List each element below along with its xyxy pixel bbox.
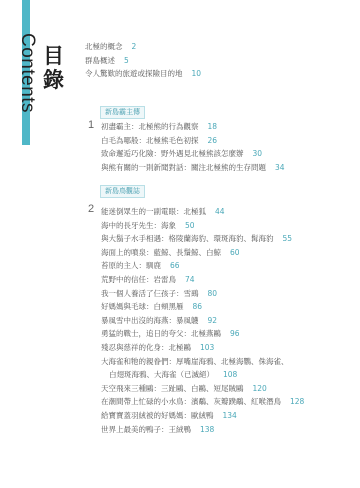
entry-title: 暴風雪中出沒的海燕：暴風鸌 bbox=[101, 316, 199, 325]
entry-title: 天空飛來三種鷗：三趾鷗、白鷗、短尾賊鷗 bbox=[101, 384, 244, 393]
entry-page: 34 bbox=[275, 163, 285, 172]
entry-title: 海面上的噴泉：藍鯨、長鬚鯨、白鯨 bbox=[101, 248, 221, 257]
toc-entry[interactable]: 與大鬍子水手相遇：格陵蘭海豹、環斑海豹、髯海豹55 bbox=[101, 232, 304, 246]
chapter-tag: 新島霸主傳 bbox=[100, 106, 145, 119]
entry-title: 給寶寶蓋羽絨被的好媽媽：歐絨鴨 bbox=[101, 411, 214, 420]
entry-page: 120 bbox=[253, 384, 267, 393]
toc-entry[interactable]: 好媽媽與毛球：白頰黑雁86 bbox=[101, 300, 304, 314]
entry-page: 74 bbox=[185, 275, 195, 284]
toc-entry[interactable]: 白毛為哪般：北極熊毛色初探26 bbox=[101, 134, 285, 148]
toc-entry[interactable]: 我一個人養活了仨孩子：雪鵐80 bbox=[101, 287, 304, 301]
title-chinese: 目 錄 bbox=[43, 44, 65, 92]
toc-entry[interactable]: 暴風雪中出沒的海燕：暴風鸌92 bbox=[101, 314, 304, 328]
entry-page: 5 bbox=[124, 56, 129, 65]
chapter-number: 2 bbox=[88, 203, 94, 215]
entry-title: 初盡霸主：北極熊的行為觀察 bbox=[101, 122, 199, 131]
toc-entry[interactable]: 海中的長牙先生：海象50 bbox=[101, 219, 304, 233]
toc-entry[interactable]: 苔原的主人：馴鹿66 bbox=[101, 259, 304, 273]
entry-page: 80 bbox=[208, 289, 218, 298]
entry-title: 北極的概念 bbox=[85, 42, 123, 51]
entry-title: 與大鬍子水手相遇：格陵蘭海豹、環斑海豹、髯海豹 bbox=[101, 234, 274, 243]
entry-title: 在潮間帶上忙碌的小水鳥：濱鷸、灰瓣蹼鷸、紅喉潛鳥 bbox=[101, 397, 281, 406]
entry-page: 50 bbox=[185, 221, 195, 230]
entry-title: 令人驚歎的旅遊或探險目的地 bbox=[85, 69, 183, 78]
toc-entry[interactable]: 荒野中的信任：岩雷鳥74 bbox=[101, 273, 304, 287]
toc-entry[interactable]: 群島概述5 bbox=[85, 54, 201, 68]
entry-page: 134 bbox=[223, 411, 237, 420]
toc-entry[interactable]: 致命邂逅巧化險：野外遇見北極熊該怎麼辦30 bbox=[101, 147, 285, 161]
entry-page: 128 bbox=[290, 397, 304, 406]
entry-title: 致命邂逅巧化險：野外遇見北極熊該怎麼辦 bbox=[101, 149, 244, 158]
front-matter-list: 北極的概念2 群島概述5 令人驚歎的旅遊或探險目的地10 bbox=[85, 40, 201, 81]
toc-entry[interactable]: 勇猛的戰士，追日的夸父：北極燕鷗96 bbox=[101, 327, 304, 341]
entry-page: 55 bbox=[283, 234, 293, 243]
entry-page: 2 bbox=[132, 42, 137, 51]
toc-entry-continuation[interactable]: 白翅斑海鴉、大海雀（已滅絕）108 bbox=[101, 368, 304, 382]
entry-title: 白毛為哪般：北極熊毛色初探 bbox=[101, 136, 199, 145]
title-char: 目 bbox=[43, 44, 65, 68]
entry-page: 44 bbox=[215, 207, 225, 216]
toc-entry[interactable]: 大海雀和牠的親眷們：厚嘴崖海鴉、北極海鸚、侏海雀、 bbox=[101, 355, 304, 369]
entry-page: 26 bbox=[208, 136, 218, 145]
toc-entry[interactable]: 令人驚歎的旅遊或探險目的地10 bbox=[85, 67, 201, 81]
entry-title: 殘忍與慈祥的化身：北極鷗 bbox=[101, 343, 191, 352]
toc-entry[interactable]: 天空飛來三種鷗：三趾鷗、白鷗、短尾賊鷗120 bbox=[101, 382, 304, 396]
chapter-number: 1 bbox=[88, 119, 94, 131]
chapter-2-list: 能迷倒眾生的一副電眼：北極狐44 海中的長牙先生：海象50 與大鬍子水手相遇：格… bbox=[101, 205, 304, 436]
entry-page: 86 bbox=[193, 302, 203, 311]
entry-page: 108 bbox=[223, 370, 237, 379]
entry-page: 92 bbox=[208, 316, 218, 325]
entry-title: 我一個人養活了仨孩子：雪鵐 bbox=[101, 289, 199, 298]
toc-entry[interactable]: 能迷倒眾生的一副電眼：北極狐44 bbox=[101, 205, 304, 219]
chapter-tag: 新島鳥觀誌 bbox=[100, 185, 145, 198]
toc-entry[interactable]: 給寶寶蓋羽絨被的好媽媽：歐絨鴨134 bbox=[101, 409, 304, 423]
entry-page: 10 bbox=[192, 69, 202, 78]
title-char: 錄 bbox=[43, 68, 65, 92]
toc-entry[interactable]: 初盡霸主：北極熊的行為觀察18 bbox=[101, 120, 285, 134]
entry-page: 138 bbox=[200, 425, 214, 434]
entry-page: 18 bbox=[208, 122, 218, 131]
entry-title: 大海雀和牠的親眷們：厚嘴崖海鴉、北極海鸚、侏海雀、 bbox=[101, 357, 289, 366]
entry-title: 好媽媽與毛球：白頰黑雁 bbox=[101, 302, 184, 311]
entry-title: 群島概述 bbox=[85, 56, 115, 65]
entry-title: 世界上最美的鴨子：王絨鴨 bbox=[101, 425, 191, 434]
entry-title: 能迷倒眾生的一副電眼：北極狐 bbox=[101, 207, 206, 216]
toc-entry[interactable]: 海面上的噴泉：藍鯨、長鬚鯨、白鯨60 bbox=[101, 246, 304, 260]
title-english: Contents bbox=[16, 33, 38, 113]
entry-page: 30 bbox=[253, 149, 263, 158]
toc-entry[interactable]: 世界上最美的鴨子：王絨鴨138 bbox=[101, 423, 304, 437]
toc-entry[interactable]: 北極的概念2 bbox=[85, 40, 201, 54]
toc-entry[interactable]: 在潮間帶上忙碌的小水鳥：濱鷸、灰瓣蹼鷸、紅喉潛鳥128 bbox=[101, 395, 304, 409]
entry-page: 96 bbox=[230, 329, 240, 338]
toc-entry[interactable]: 與熊有關的一則新聞對話：關注北極熊的生存問題34 bbox=[101, 161, 285, 175]
entry-title: 海中的長牙先生：海象 bbox=[101, 221, 176, 230]
chapter-1-list: 初盡霸主：北極熊的行為觀察18 白毛為哪般：北極熊毛色初探26 致命邂逅巧化險：… bbox=[101, 120, 285, 174]
entry-page: 66 bbox=[170, 261, 180, 270]
entry-title: 與熊有關的一則新聞對話：關注北極熊的生存問題 bbox=[101, 163, 266, 172]
toc-entry[interactable]: 殘忍與慈祥的化身：北極鷗103 bbox=[101, 341, 304, 355]
entry-title: 勇猛的戰士，追日的夸父：北極燕鷗 bbox=[101, 329, 221, 338]
entry-page: 60 bbox=[230, 248, 240, 257]
entry-title: 苔原的主人：馴鹿 bbox=[101, 261, 161, 270]
entry-page: 103 bbox=[200, 343, 214, 352]
entry-title: 白翅斑海鴉、大海雀（已滅絕） bbox=[109, 370, 214, 379]
entry-title: 荒野中的信任：岩雷鳥 bbox=[101, 275, 176, 284]
